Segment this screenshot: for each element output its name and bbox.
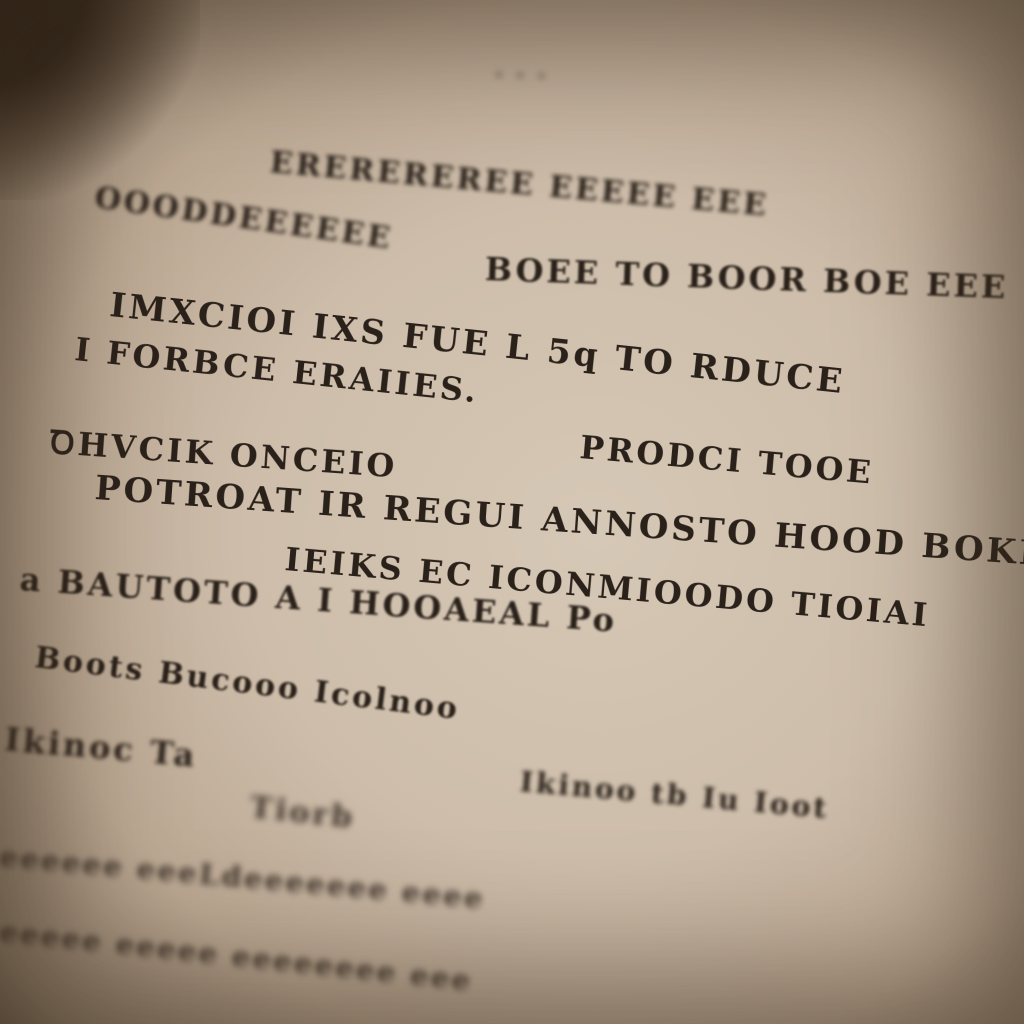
header-mark: · · · xyxy=(495,62,549,90)
